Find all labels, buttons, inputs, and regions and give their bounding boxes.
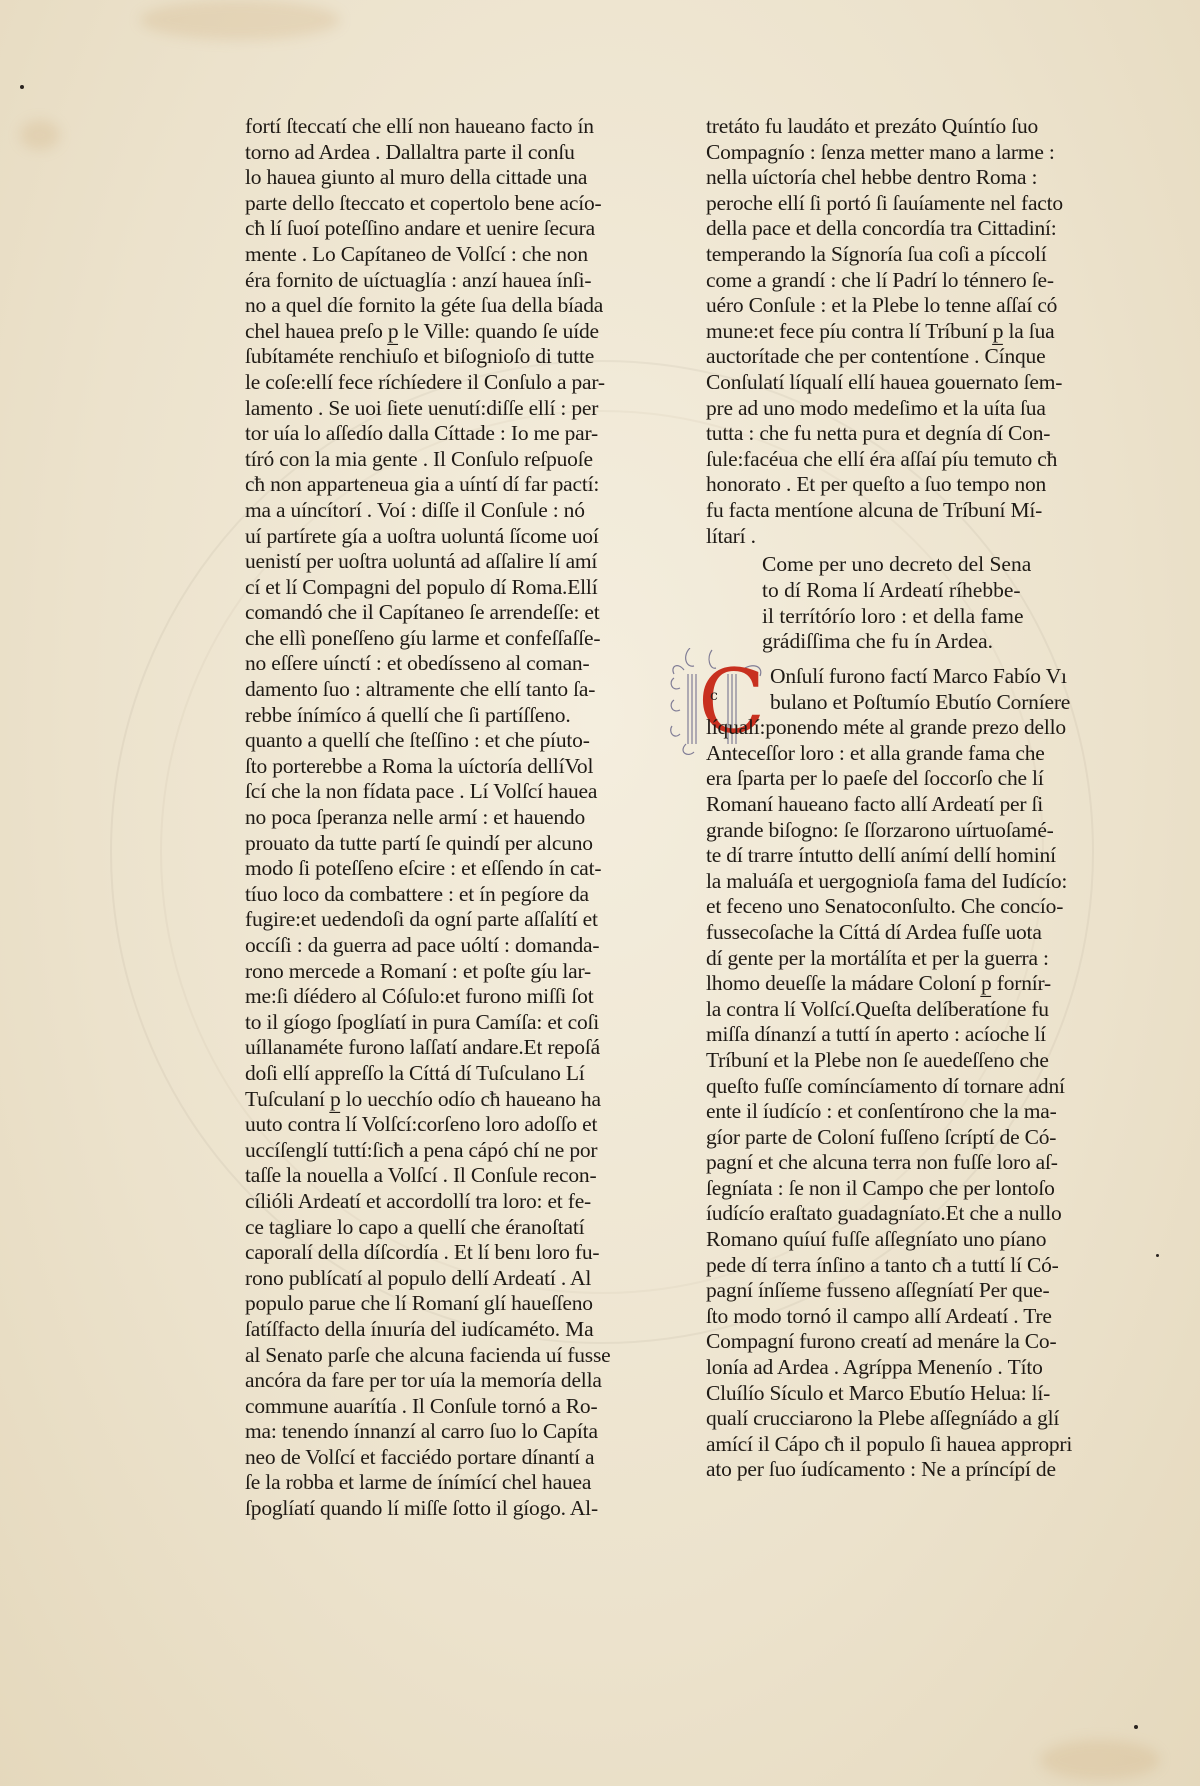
foxing-stain: [1040, 1740, 1160, 1780]
text-line: pagní ínſíeme fusseno aſſegníatí Per que…: [706, 1278, 1076, 1304]
text-line: queſto fuſſe comíncíamento dí tornare ad…: [706, 1074, 1076, 1100]
text-line: no a quel díe fornito la géte ſua della …: [245, 293, 615, 319]
left-text-column: fortí ſteccatí che ellí non hauеano fact…: [245, 114, 615, 1522]
text-line: caporalí della díſcordía . Et lí benı lo…: [245, 1240, 615, 1266]
text-line: il terrítórío loro : et della fame: [762, 604, 1062, 630]
text-line: della pace et della concordía tra Cittad…: [706, 216, 1076, 242]
text-line: grádiſſima che fu ín Ardea.: [762, 629, 1062, 655]
text-line: cħ non apparteneua gia a uíntí dí far pa…: [245, 472, 615, 498]
text-line: uccíſenglí tuttí:ſicħ a pena cápó chí ne…: [245, 1138, 615, 1164]
text-line: lo hauea giunto al muro della cittade un…: [245, 165, 615, 191]
text-line: ato per ſuo íudícamento : Ne a príncípí …: [706, 1457, 1076, 1483]
right-text-column-top: tretáto fu laudáto et prezáto Quíntío ſu…: [706, 114, 1076, 549]
text-line: torno ad Ardea . Dallaltra parte il conſ…: [245, 140, 615, 166]
text-line: ente il íudícío : et conſentírono che la…: [706, 1099, 1076, 1125]
text-line: dí gente per la mortálíta et per la guer…: [706, 946, 1076, 972]
text-line: ſegníata : ſe non il Campo che per lonto…: [706, 1176, 1076, 1202]
text-line: tretáto fu laudáto et prezáto Quíntío ſu…: [706, 114, 1076, 140]
text-line: pede dí terra ínſino a tanto cħ a tuttí …: [706, 1253, 1076, 1279]
ink-speck: [1156, 1254, 1159, 1257]
text-line: Cluílío Sículo et Marco Ebutío Helua: lí…: [706, 1381, 1076, 1407]
right-text-column-bottom: Onſulí furono factí Marco Fabío Vıbulano…: [706, 664, 1076, 1483]
text-line: fortí ſteccatí che ellí non hauеano fact…: [245, 114, 615, 140]
text-line: quanto a quellí che ſteſſino : et che pí…: [245, 728, 615, 754]
text-line: temperando la Sígnoría ſua coſi a píccol…: [706, 242, 1076, 268]
text-line: al Senato parſe che alcuna facienda uí f…: [245, 1343, 615, 1369]
text-line: lítarí .: [706, 524, 1076, 550]
text-line: lhomo deueſſe la mádare Coloní p̲ fornír…: [706, 971, 1076, 997]
text-line: che ellì poneſſeno gíu larme et confeſſa…: [245, 626, 615, 652]
text-line: ſe la robba et larme de ínímící chel hau…: [245, 1470, 615, 1496]
text-line: doſi ellí appreſſo la Cíttá dí Tuſculano…: [245, 1061, 615, 1087]
text-line: mente . Lo Capítaneo de Volſcí : che non: [245, 242, 615, 268]
text-line: prouato da tutte partí ſe quindí per alc…: [245, 831, 615, 857]
text-line: cílióli Ardeatí et accordollí tra loro: …: [245, 1189, 615, 1215]
text-line: te dí trarre íntutto dellí anímí dellí h…: [706, 843, 1076, 869]
text-line: uí partírete gía a uoſtra uoluntá ſícome…: [245, 524, 615, 550]
text-line: come a grandí : che lí Padrí lo ténnero …: [706, 268, 1076, 294]
text-line: commune auarítía . Il Conſule tornó a Ro…: [245, 1394, 615, 1420]
text-line: amící il Cápo cħ il populo ſi hauea appr…: [706, 1432, 1076, 1458]
text-line: le coſe:ellí fece ríchíedere il Conſulo …: [245, 370, 615, 396]
text-line: rebbe ínímíco á quellí che ſi partíſſeno…: [245, 703, 615, 729]
text-line: rono publícatí al populo dellí Ardeatí .…: [245, 1266, 615, 1292]
text-line: neo de Volſcí et facciédo portare dínant…: [245, 1445, 615, 1471]
text-line: parte dello ſteccato et copertolo bene a…: [245, 191, 615, 217]
foxing-stain: [20, 120, 60, 150]
text-line: gíor parte de Coloní fuſſeno ſcríptí de …: [706, 1125, 1076, 1151]
text-line: occíſi : da guerra ad pace uóltí : doman…: [245, 933, 615, 959]
text-line: ma a uíncítorí . Voí : diſſe il Conſule …: [245, 498, 615, 524]
text-line: Tuſculaní p̲ lo uecchío odío cħ haueano …: [245, 1087, 615, 1113]
text-line: rono mercede a Romaní : et poſte gíu lar…: [245, 959, 615, 985]
text-line: Onſulí furono factí Marco Fabío Vı: [706, 664, 1076, 690]
text-line: tutta : che fu netta pura et degnía dí C…: [706, 421, 1076, 447]
text-line: líqualí:ponendo méte al grande prezo del…: [706, 715, 1076, 741]
text-line: honorato . Et per queſto a ſuo tempo non: [706, 472, 1076, 498]
text-line: tíró con la mia gente . Il Conſulo reſpu…: [245, 447, 615, 473]
text-line: peroche ellí ſi portó ſi ſauíamente nel …: [706, 191, 1076, 217]
text-line: ſcí che la non fídata pace . Lí Volſcí h…: [245, 779, 615, 805]
text-line: bulano et Poſtumío Ebutío Corníere: [706, 690, 1076, 716]
text-line: damento ſuo : altramente che ellí tanto …: [245, 677, 615, 703]
text-line: ſto modo tornó il campo allí Ardeatí . T…: [706, 1304, 1076, 1330]
text-line: no eſſere uínctí : et obedísseno al coma…: [245, 651, 615, 677]
text-line: uuto contra lí Volſcí:corſeno loro adoſſ…: [245, 1112, 615, 1138]
text-line: me:ſi díédero al Cóſulo:et furono miſſi …: [245, 984, 615, 1010]
text-line: Compagní furono creatí ad menáre la Co-: [706, 1329, 1076, 1355]
text-line: to il gíogo ſpoglíatí in pura Camíſa: et…: [245, 1010, 615, 1036]
text-line: fussecoſache la Cíttá dí Ardea fuſſe uot…: [706, 920, 1076, 946]
text-line: era ſparta per lo paeſe del ſoccorſo che…: [706, 766, 1076, 792]
text-line: tíuo loco da combattere : et ín pegíore …: [245, 882, 615, 908]
text-line: ſatíſfacto della ínıuría del iudícaméto.…: [245, 1317, 615, 1343]
text-line: ce tagliare lo capo a quellí che éranoſt…: [245, 1215, 615, 1241]
text-line: ſubítaméte renchiuſo et biſognioſo di tu…: [245, 344, 615, 370]
text-line: Compagnío : ſenza metter mano a larme :: [706, 140, 1076, 166]
text-line: Romano quíuí fuſſe aſſegníato uno píano: [706, 1227, 1076, 1253]
text-line: ſpoglíatí quando lí miſſe ſotto il gíogo…: [245, 1496, 615, 1522]
text-line: cí et lí Compagni del populo dí Roma.Ell…: [245, 575, 615, 601]
text-line: comandó che il Capítaneo ſe arrendeſſe: …: [245, 600, 615, 626]
text-line: ma: tenendo ínnanzí al carro ſuo lo Capí…: [245, 1419, 615, 1445]
text-line: miſſa dínanzí a tuttí ín aperto : acíoch…: [706, 1022, 1076, 1048]
text-line: cħ lí ſuoí poteſſino andare et uenire ſe…: [245, 216, 615, 242]
text-line: chel hauea preſo p̲ le Ville: quando ſe …: [245, 319, 615, 345]
text-line: populo parue che lí Romaní glí haueſſeno: [245, 1291, 615, 1317]
text-line: ancóra da fare per tor uía la memoría de…: [245, 1368, 615, 1394]
text-line: modo ſi poteſſeno eſcire : et eſſendo ín…: [245, 856, 615, 882]
chapter-rubric: Come per uno decreto del Senato dí Roma …: [762, 552, 1062, 655]
text-line: Tríbuní et la Plebe non ſe auedeſſeno ch…: [706, 1048, 1076, 1074]
text-line: no poca ſperanza nelle armí : et hauendo: [245, 805, 615, 831]
text-line: Conſulatí líqualí ellí hauea gouernato ſ…: [706, 370, 1076, 396]
text-line: mune:et fece píu contra lí Tríbuní p̲ la…: [706, 319, 1076, 345]
text-line: ſto porterebbe a Roma la uíctoría dellíV…: [245, 754, 615, 780]
text-line: tor uía lo aſſedío dalla Cíttade : Io me…: [245, 421, 615, 447]
text-line: fugire:et uedendoſi da ogní parte aſſalí…: [245, 907, 615, 933]
text-line: Come per uno decreto del Sena: [762, 552, 1062, 578]
text-line: Romaní haueano facto allí Ardeatí per ſi: [706, 792, 1076, 818]
text-line: pre ad uno modo medeſimo et la uíta ſua: [706, 396, 1076, 422]
text-line: la maluáſa et uergognioſa fama del Iudíc…: [706, 869, 1076, 895]
ink-speck: [1134, 1725, 1138, 1729]
text-line: uenistí per uoſtra uoluntá ad aſſalire l…: [245, 549, 615, 575]
text-line: et feceno uno Senatoconſulto. Che concío…: [706, 894, 1076, 920]
text-line: lamento . Se uoi ſiete uenutí:diſſe ellí…: [245, 396, 615, 422]
text-line: lonía ad Ardea . Agríppa Meneníο . Títo: [706, 1355, 1076, 1381]
text-line: ſule:facéua che ellí éra aſſaí píu temut…: [706, 447, 1076, 473]
text-line: pagní et che alcuna terra non fuſſe loro…: [706, 1150, 1076, 1176]
text-line: uéro Conſule : et la Plebe lo tenne aſſa…: [706, 293, 1076, 319]
text-line: grande biſogno: ſe ſſorzarono uírtuoſamé…: [706, 818, 1076, 844]
document-page: fortí ſteccatí che ellí non hauеano fact…: [0, 0, 1200, 1786]
text-line: la contra lí Volſcí.Queſta delíberatíone…: [706, 997, 1076, 1023]
text-line: auctorítade che per contentíone . Cínque: [706, 344, 1076, 370]
text-line: íudícío eraſtato guadagníato.Et che a nu…: [706, 1201, 1076, 1227]
ink-speck: [20, 85, 24, 89]
text-line: Anteceſſor loro : et alla grande fama ch…: [706, 741, 1076, 767]
text-line: uíllanaméte furono laſſatí andare.Et rep…: [245, 1035, 615, 1061]
text-line: taſſe la nouella a Volſcí . Il Conſule r…: [245, 1163, 615, 1189]
text-line: fu facta mentíone alcuna de Tríbuní Mí-: [706, 498, 1076, 524]
text-line: qualí crucciarono la Plebe aſſegníádo a …: [706, 1406, 1076, 1432]
text-line: nella uíctoría chel hebbe dentro Roma :: [706, 165, 1076, 191]
foxing-stain: [140, 0, 340, 40]
text-line: éra fornito de uíctuaglía : anzí hauea í…: [245, 268, 615, 294]
text-line: to dí Roma lí Ardeatí ríhebbe-: [762, 578, 1062, 604]
